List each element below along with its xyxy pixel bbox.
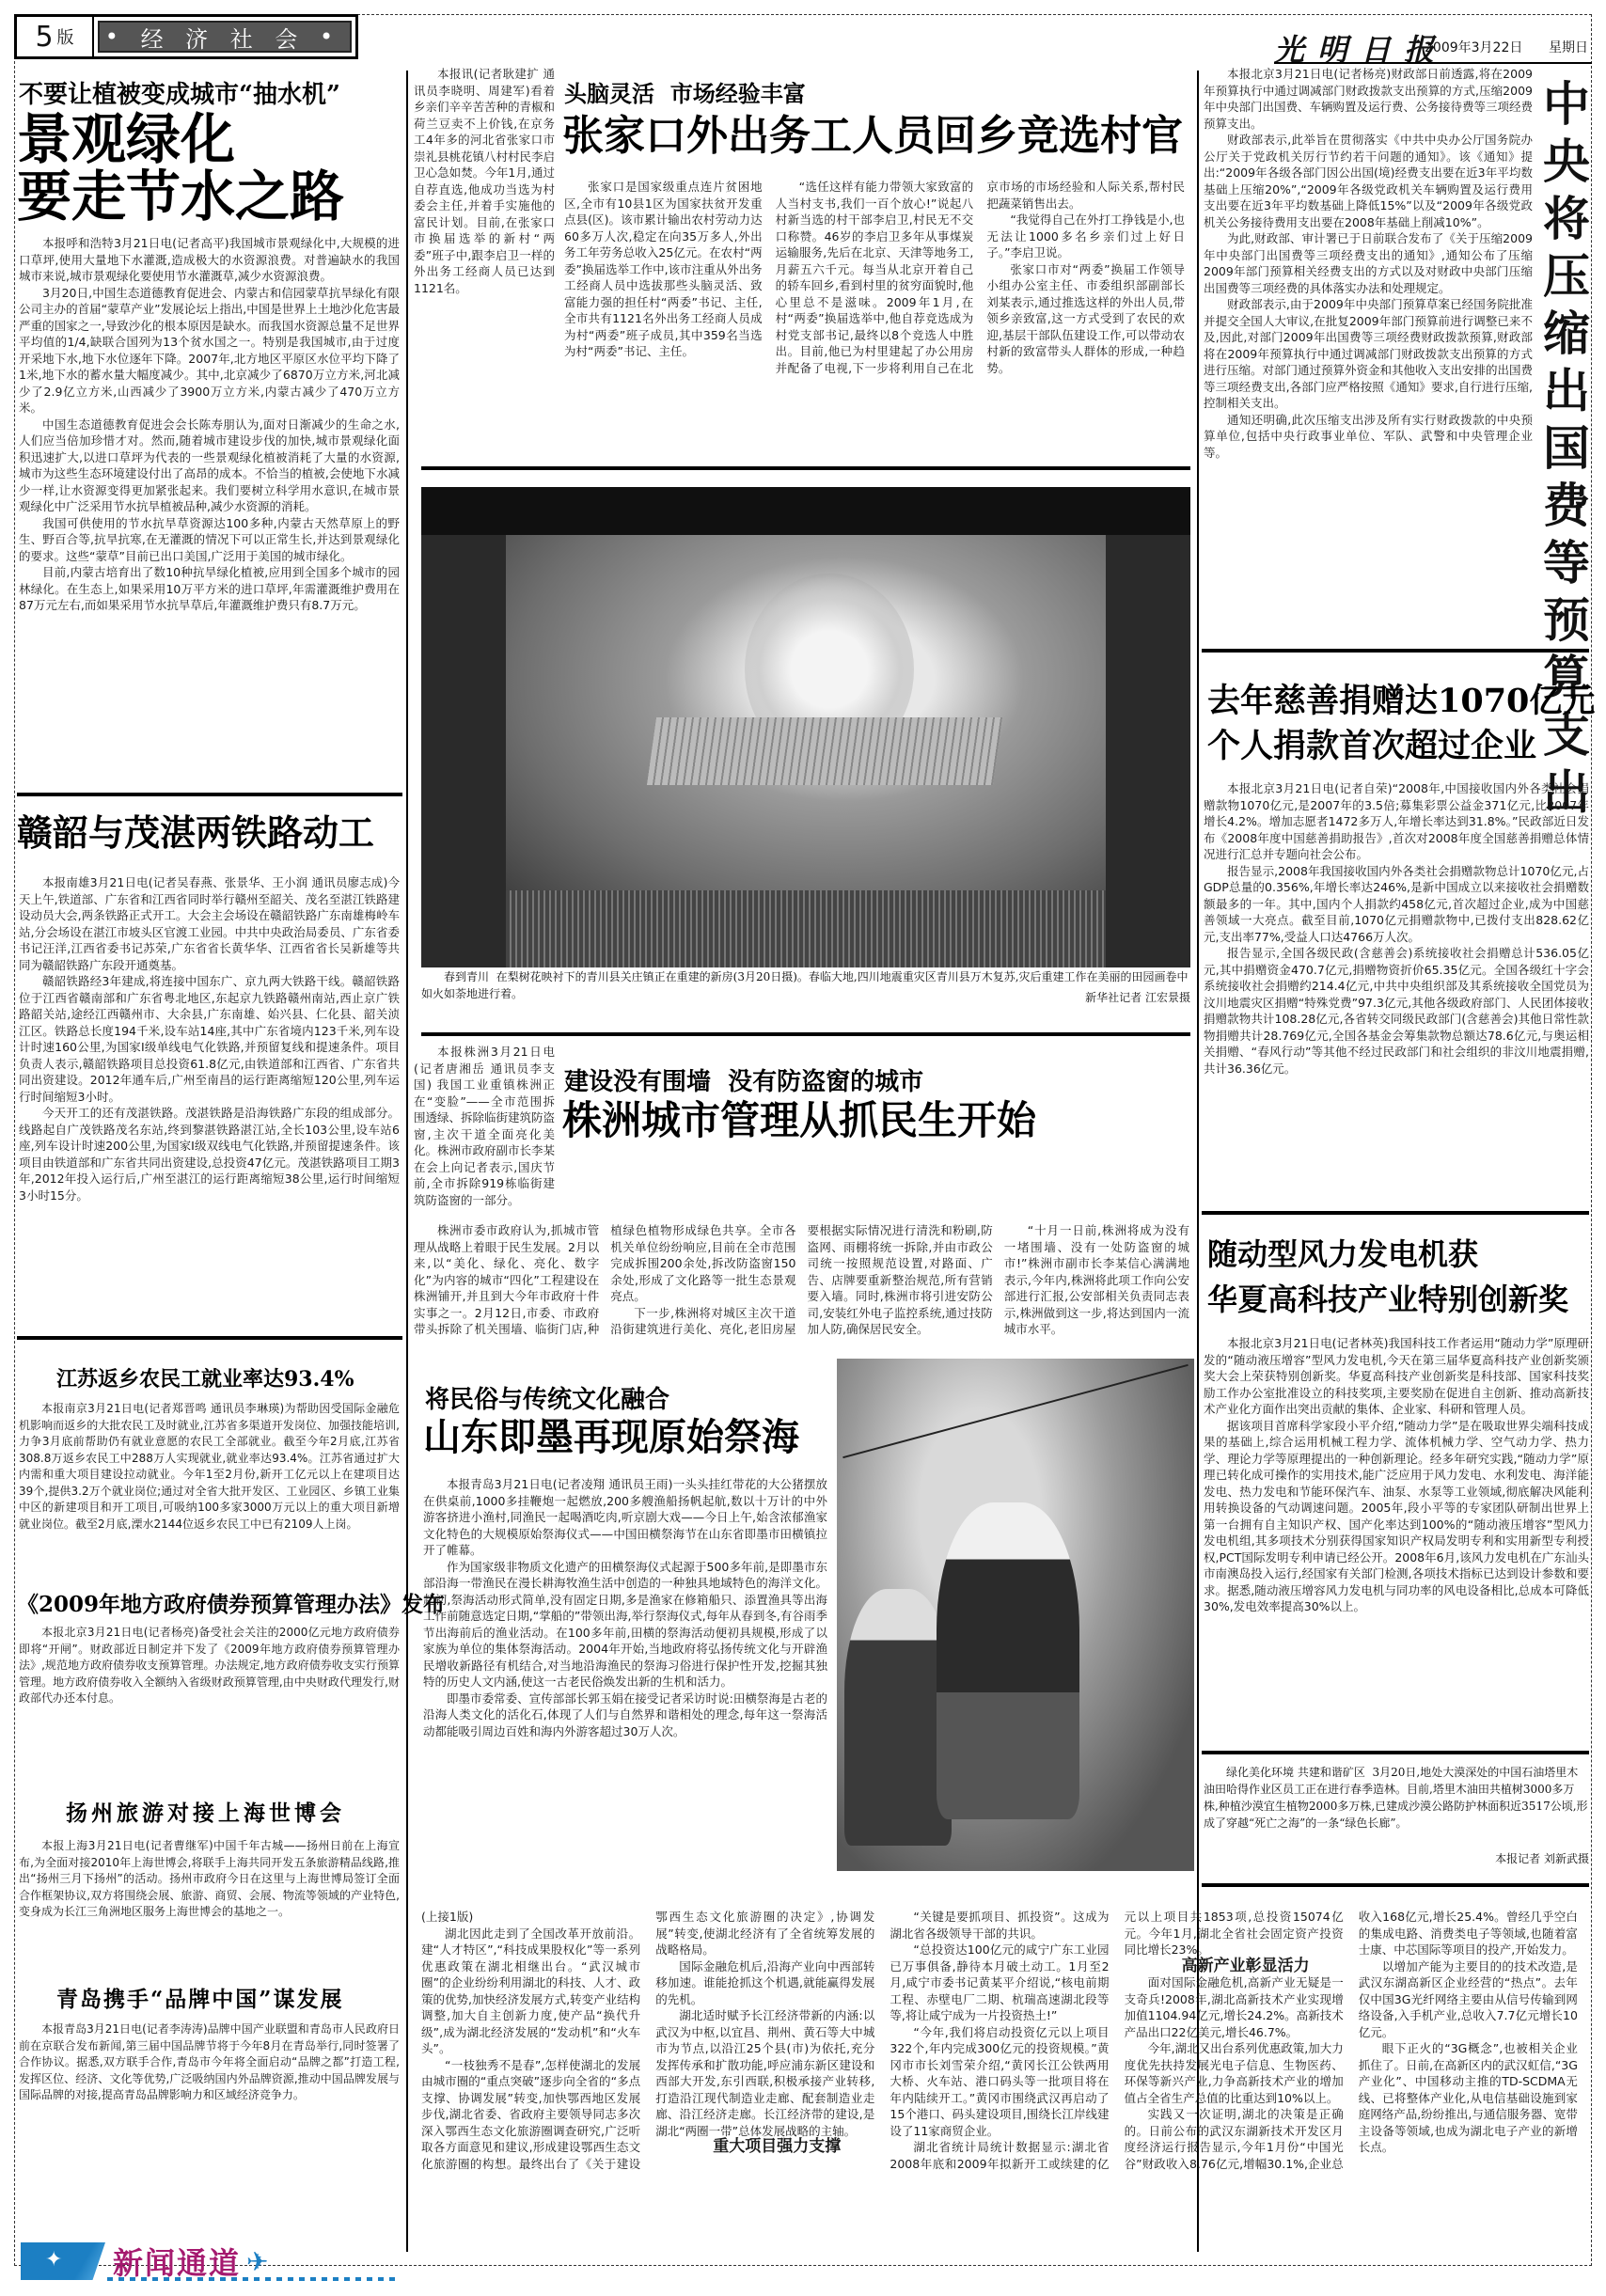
section-rule [421,466,1190,470]
headline: 随动型风力发电机获 华夏高科技产业特别创新奖 [1207,1232,1568,1322]
headline: 赣韶与茂湛两铁路动工 [17,814,374,852]
section-name: • 经 济 社 会 • [98,21,352,53]
headline: 山东即墨再现原始祭海 [423,1418,799,1457]
section-rule [1202,649,1589,653]
photo-caption: 绿化美化环境 共建和谐矿区 3月20日,地处大漠深处的中国石油塔里木油田哈得作业… [1204,1764,1589,1867]
headline: 去年慈善捐赠达1070亿元 个人捐款首次超过企业 [1207,679,1595,769]
photo-tree-planting [837,1359,1194,1871]
article-body: 本报南雄3月21日电(记者吴春燕、张景华、王小润 通讯员廖志成)今天上午,铁道部… [19,874,400,1316]
headline: 株洲城市管理从抓民生开始 [562,1100,1036,1141]
photo-qingchuan-village [421,487,1190,967]
issue-date: 2009年3月22日 [1425,38,1522,56]
kicker: 不要让植被变成城市“抽水机” [19,75,340,110]
headline: 江苏返乡农民工就业率达93.4% [56,1363,354,1392]
subheading: 高新产业彰显活力 [1125,1958,1344,1975]
section-rule [17,1336,402,1340]
kicker: 头脑灵活 市场经验丰富 [564,75,806,108]
headline: 青岛携手“品牌中国”谋发展 [56,1982,343,2013]
subheading: 重大项目强力支撑 [655,2139,874,2156]
masthead-rule [1274,62,1592,64]
article-body: 本报呼和浩特3月21日电(记者高平)我国城市景观绿化中,大规模的进口草坪,使用大… [19,235,400,771]
issue-weekday: 星期日 [1549,38,1588,56]
article-body: 张家口是国家级重点连片贫困地区,全市有10县1区为国家扶贫开发重点县(区)。该市… [564,179,1185,451]
article-body: 本报北京3月21日电(记者林英)我国科技工作者运用“随动力学”原理研发的“随动液… [1204,1335,1589,1739]
photo-caption: 春到青川 在梨树花映衬下的青川县关庄镇正在重建的新房(3月20日摄)。春临大地,… [421,968,1190,1006]
kicker: 建设没有围墙 没有防盗窗的城市 [564,1062,923,1097]
article-lead: 本报株洲3月21日电(记者唐湘岳 通讯员李支国) 我国工业重镇株洲正在“变脸”—… [414,1044,555,1222]
article-body: 本报青岛3月21日电(记者李涛涛)品牌中国产业联盟和青岛市人民政府日前在京联合发… [19,2021,400,2228]
article-lead: 本报讯(记者耿建扩 通讯员李晓明、周建军)看着乡亲们辛辛苦苦种的青椒和荷兰豆卖不… [414,66,555,404]
headline: 《2009年地方政府债券预算管理办法》发布 [17,1587,445,1618]
headline: 景观绿化 要走节水之路 [17,111,344,226]
section-rule [17,793,402,796]
section-rule [421,1032,1190,1036]
news-channel-logo: 新闻通道 ✈ [21,2238,406,2285]
article-body: 本报北京3月21日电(记者杨亮)备受社会关注的2000亿元地方政府债券即将“开闸… [19,1625,400,1780]
kicker: 将民俗与传统文化融合 [425,1380,669,1415]
page-number: 5版 [17,17,94,56]
satellite-icon: ✈ [246,2246,268,2277]
article-body: 株洲市委市政府认为,抓城市管理从战略上着眼于民生发展。2月以来,以“美化、绿化、… [414,1222,1189,1354]
article-body: 本报北京3月21日电(记者自荣)“2008年,中国接收国内外各类社会捐赠款物10… [1204,780,1589,1185]
section-rule [1202,1883,1589,1887]
headline: 张家口外出务工人员回乡竞选村官 [562,115,1183,158]
article-body: 本报上海3月21日电(记者曹继军)中国千年古城——扬州日前在上海宣布,为全面对接… [19,1838,400,1974]
star-icon [21,2242,105,2280]
article-body: 本报南京3月21日电(记者郑晋鸣 通讯员李琳瑛)为帮助因受国际金融危机影响而返乡… [19,1401,400,1580]
decorative-dots [107,2277,399,2281]
article-body: 本报青岛3月21日电(记者凌翔 通讯员王雨)一头头挂红带花的大公猪摆放在供桌前,… [423,1476,827,1890]
article-body: 本报北京3月21日电(记者杨亮)财政部日前透露,将在2009年预算执行中通过调减… [1204,66,1533,630]
headline: 扬州旅游对接上海世博会 [66,1796,345,1827]
section-banner: 5版 • 经 济 社 会 • [14,14,358,59]
section-rule [1202,1751,1589,1754]
section-rule [1202,1211,1589,1215]
column-divider [406,71,408,2252]
article-body-continued: (上接1版) 湖北因此走到了全国改革开放前沿。建“人才特区”,“科技成果股权化”… [421,1909,1578,2275]
